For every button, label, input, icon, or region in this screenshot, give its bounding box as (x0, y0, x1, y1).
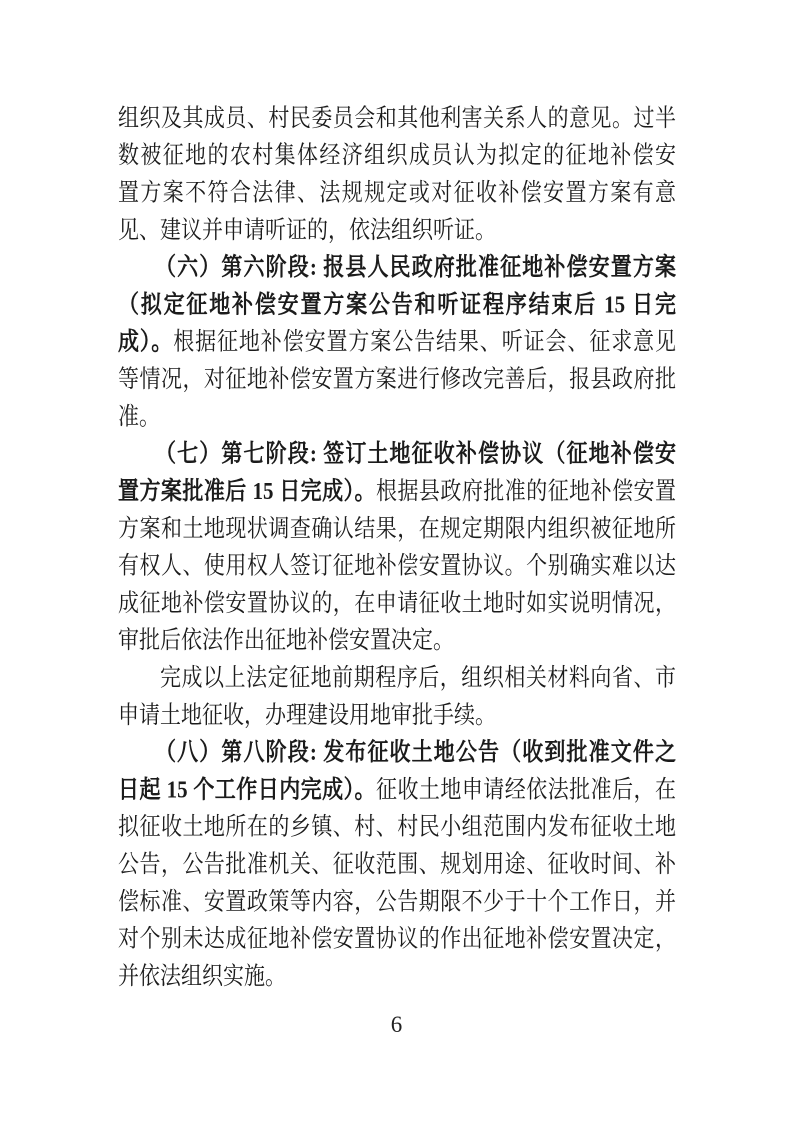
text-run: 等情况，对征地补偿安置方案进行修改完善后，报县政府批 (118, 365, 676, 393)
text-run: 对个别未达成征地补偿安置协议的作出征地补偿安置决定， (118, 925, 676, 953)
text-line: 置方案不符合法律、法规规定或对征收补偿安置方案有意 (118, 174, 676, 211)
bold-text-run: （拟定征地补偿安置方案公告和听证程序结束后 15 日完 (118, 290, 676, 318)
text-line: 拟征收土地所在的乡镇、村、村民小组范围内发布征收土地 (118, 808, 676, 845)
document-page: 组织及其成员、村民委员会和其他利害关系人的意见。过半数被征地的农村集体经济组织成… (0, 0, 793, 1122)
text-run: 根据征地补偿安置方案公告结果、听证会、征求意见 (173, 328, 676, 356)
text-line: 申请土地征收，办理建设用地审批手续。 (118, 696, 676, 733)
document-text: 组织及其成员、村民委员会和其他利害关系人的意见。过半数被征地的农村集体经济组织成… (118, 99, 676, 994)
text-run: 数被征地的农村集体经济组织成员认为拟定的征地补偿安 (118, 141, 676, 169)
text-run: 有权人、使用权人签订征地补偿安置协议。个别确实难以达 (118, 551, 676, 579)
text-line: （拟定征地补偿安置方案公告和听证程序结束后 15 日完 (118, 286, 676, 323)
text-line: （六）第六阶段: 报县人民政府批准征地补偿安置方案 (118, 248, 676, 285)
text-run: 见、建议并申请听证的，依法组织听证。 (118, 216, 496, 244)
page-number: 6 (0, 1012, 793, 1038)
text-line: （七）第七阶段: 签订土地征收补偿协议（征地补偿安 (118, 435, 676, 472)
text-line: 日起 15 个工作日内完成）。征收土地申请经依法批准后，在 (118, 771, 676, 808)
text-line: 准。 (118, 397, 676, 434)
text-run: 并依法组织实施。 (118, 962, 286, 990)
text-run: 公告，公告批准机关、征收范围、规划用途、征收时间、补 (118, 850, 676, 878)
text-line: 成征地补偿安置协议的，在申请征收土地时如实说明情况， (118, 584, 676, 621)
text-line: 并依法组织实施。 (118, 957, 676, 994)
text-line: 对个别未达成征地补偿安置协议的作出征地补偿安置决定， (118, 920, 676, 957)
bold-text-run: （八）第八阶段: 发布征收土地公告（收到批准文件之 (155, 738, 676, 766)
text-line: （八）第八阶段: 发布征收土地公告（收到批准文件之 (118, 733, 676, 770)
bold-text-run: （六）第六阶段: 报县人民政府批准征地补偿安置方案 (155, 253, 676, 281)
bold-text-run: （七）第七阶段: 签订土地征收补偿协议（征地补偿安 (155, 439, 676, 467)
text-run: 成征地补偿安置协议的，在申请征收土地时如实说明情况， (118, 589, 676, 617)
text-line: 见、建议并申请听证的，依法组织听证。 (118, 211, 676, 248)
bold-text-run: 日起 15 个工作日内完成）。 (118, 775, 376, 803)
text-run: 申请土地征收，办理建设用地审批手续。 (118, 701, 496, 729)
text-run: 完成以上法定征地前期程序后，组织相关材料向省、市 (160, 663, 676, 691)
text-run: 拟征收土地所在的乡镇、村、村民小组范围内发布征收土地 (118, 813, 676, 841)
text-run: 征收土地申请经依法批准后，在 (376, 775, 676, 803)
text-run: 置方案不符合法律、法规规定或对征收补偿安置方案有意 (118, 178, 676, 206)
text-run: 组织及其成员、村民委员会和其他利害关系人的意见。过半 (118, 104, 676, 132)
text-line: 偿标准、安置政策等内容，公告期限不少于十个工作日，并 (118, 883, 676, 920)
text-line: 有权人、使用权人签订征地补偿安置协议。个别确实难以达 (118, 547, 676, 584)
text-line: 组织及其成员、村民委员会和其他利害关系人的意见。过半 (118, 99, 676, 136)
text-run: 方案和土地现状调查确认结果，在规定期限内组织被征地所 (118, 514, 676, 542)
bold-text-run: 置方案批准后 15 日完成）。 (118, 477, 376, 505)
text-run: 偿标准、安置政策等内容，公告期限不少于十个工作日，并 (118, 887, 676, 915)
bold-text-run: 成）。 (118, 328, 173, 356)
text-line: 置方案批准后 15 日完成）。根据县政府批准的征地补偿安置 (118, 472, 676, 509)
text-line: 等情况，对征地补偿安置方案进行修改完善后，报县政府批 (118, 360, 676, 397)
text-line: 方案和土地现状调查确认结果，在规定期限内组织被征地所 (118, 509, 676, 546)
text-run: 审批后依法作出征地补偿安置决定。 (118, 626, 454, 654)
text-run: 准。 (118, 402, 160, 430)
text-line: 数被征地的农村集体经济组织成员认为拟定的征地补偿安 (118, 136, 676, 173)
text-line: 审批后依法作出征地补偿安置决定。 (118, 621, 676, 658)
text-run: 根据县政府批准的征地补偿安置 (376, 477, 676, 505)
text-line: 成）。根据征地补偿安置方案公告结果、听证会、征求意见 (118, 323, 676, 360)
text-line: 公告，公告批准机关、征收范围、规划用途、征收时间、补 (118, 845, 676, 882)
text-line: 完成以上法定征地前期程序后，组织相关材料向省、市 (118, 659, 676, 696)
